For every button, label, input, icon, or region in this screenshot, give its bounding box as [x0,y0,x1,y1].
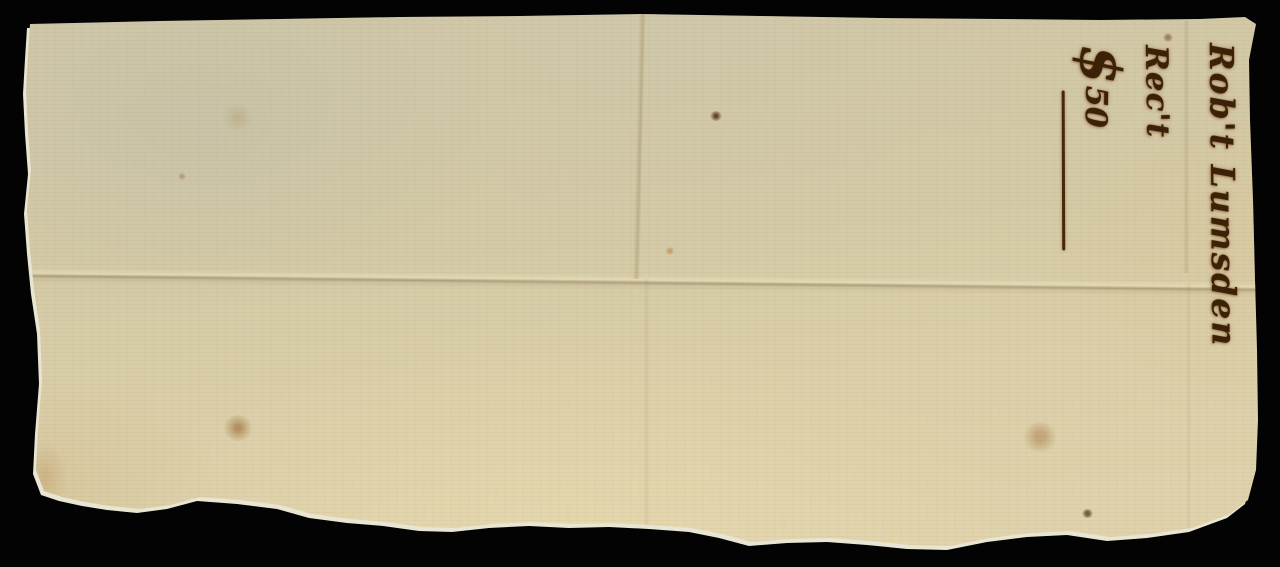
amount-underline [1062,90,1066,250]
document-paper: Rob't Lumsden Rec't $50 [0,0,1280,567]
fold-crease-vertical-center-lower [643,279,649,529]
foxing-stain [222,104,254,131]
amount-value: 50 [1078,86,1114,128]
fold-crease-vertical-center [633,13,646,279]
fold-crease-vertical-right-lower [1186,284,1191,530]
ink-speck [178,173,186,180]
inscription-amount: $50 [1058,40,1126,291]
ink-speck [1082,509,1093,518]
foxing-stain [224,415,252,441]
foxing-stain [1023,422,1057,452]
photo-background: Rob't Lumsden Rec't $50 [0,0,1280,567]
rust-speck [666,247,674,255]
inscription-docket: Rec't [1122,42,1190,293]
inscription-name: Rob't Lumsden [1187,43,1253,294]
ink-speck [710,111,722,121]
ink-speck [1163,33,1173,42]
inscription: Rob't Lumsden Rec't $50 [1052,40,1254,293]
